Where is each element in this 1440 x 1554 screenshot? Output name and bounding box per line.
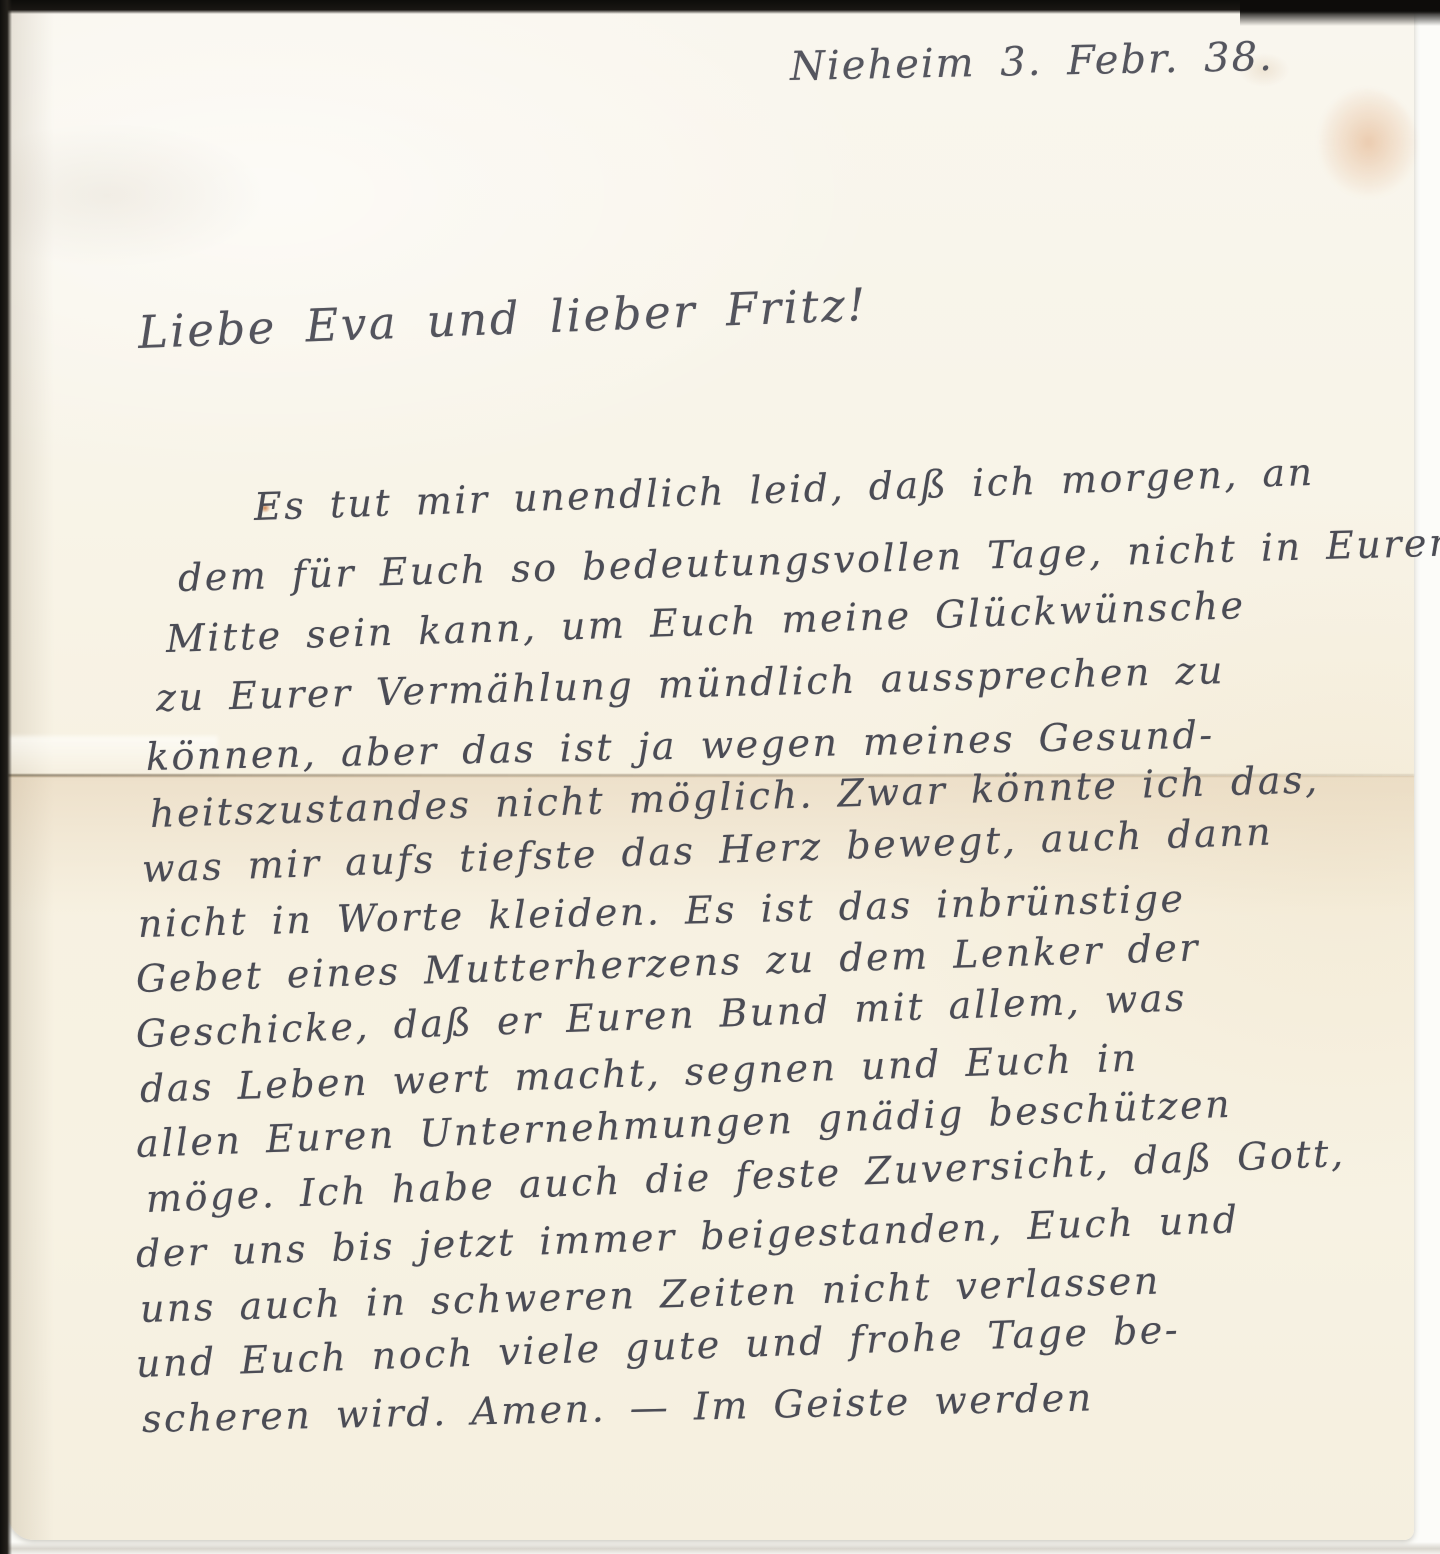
scanner-edge-left bbox=[0, 0, 12, 1554]
letter-paper: Nieheim 3. Febr. 38. Liebe Eva und liebe… bbox=[8, 10, 1414, 1540]
date-line: Nieheim 3. Febr. 38. bbox=[790, 34, 1275, 90]
scanner-edge-top bbox=[0, 0, 1440, 14]
paper-bottom-shadow bbox=[0, 1542, 1440, 1554]
salutation: Liebe Eva und lieber Fritz! bbox=[137, 278, 869, 359]
stain-mark bbox=[1308, 88, 1418, 208]
letter-body: Es tut mir unendlich leid, daß ich morge… bbox=[136, 480, 1416, 1447]
paper-fold-shadow bbox=[8, 120, 338, 270]
